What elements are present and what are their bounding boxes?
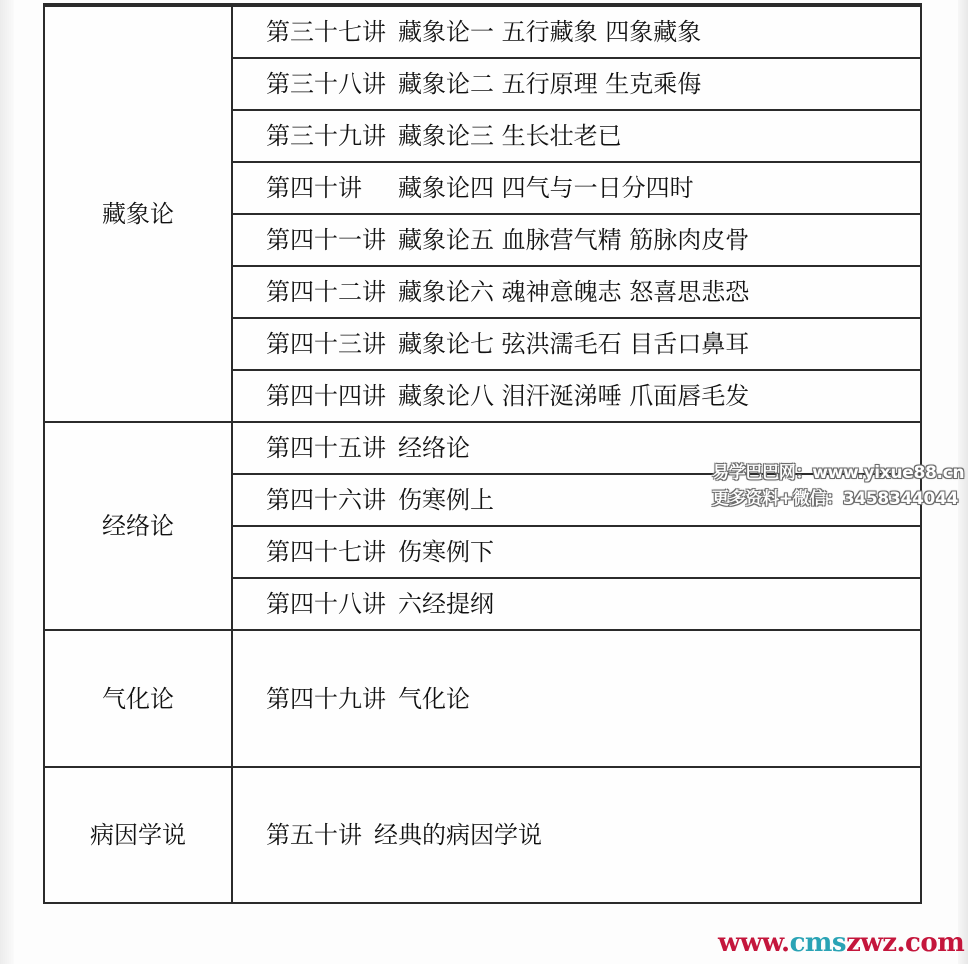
category-label: 气化论 — [102, 685, 174, 713]
lecture-number: 第四十八讲 — [266, 592, 386, 616]
category-cell-bingyin: 病因学说 — [44, 767, 232, 903]
lecture-cell: 第四十七讲伤寒例下 — [232, 526, 921, 578]
category-label: 病因学说 — [90, 821, 186, 849]
lecture-title: 藏象论八 泪汗涎涕唾 爪面唇毛发 — [398, 382, 749, 410]
lecture-cell: 第四十三讲藏象论七 弦洪濡毛石 目舌口鼻耳 — [232, 318, 921, 370]
lecture-title: 藏象论五 血脉营气精 筋脉肉皮骨 — [398, 226, 749, 254]
lecture-number: 第四十七讲 — [266, 540, 386, 564]
lecture-number: 第三十八讲 — [266, 72, 386, 96]
lecture-number: 第三十九讲 — [266, 124, 386, 148]
lecture-cell: 第四十讲藏象论四 四气与一日分四时 — [232, 162, 921, 214]
category-label: 藏象论 — [102, 200, 174, 228]
lecture-title: 伤寒例下 — [398, 538, 494, 566]
site-mark-part-2: cms — [790, 928, 846, 958]
lecture-number: 第四十五讲 — [266, 436, 386, 460]
category-label: 经络论 — [102, 512, 174, 540]
lecture-cell: 第三十八讲藏象论二 五行原理 生克乘侮 — [232, 58, 921, 110]
watermark-line-2: 更多资料+微信：3458344044 — [712, 484, 958, 509]
lecture-cell: 第三十九讲藏象论三 生长壮老已 — [232, 110, 921, 162]
lecture-title: 藏象论三 生长壮老已 — [398, 122, 622, 150]
category-cell-qihua: 气化论 — [44, 630, 232, 767]
lecture-number: 第四十四讲 — [266, 384, 386, 408]
lecture-title: 藏象论一 五行藏象 四象藏象 — [398, 18, 701, 46]
site-mark-part-1: www. — [718, 928, 790, 958]
lecture-number: 第四十六讲 — [266, 488, 386, 512]
lecture-number: 第四十二讲 — [266, 280, 386, 304]
lecture-number: 第四十一讲 — [266, 228, 386, 252]
lecture-cell: 第四十四讲藏象论八 泪汗涎涕唾 爪面唇毛发 — [232, 370, 921, 422]
site-mark-part-3: zwz.com — [846, 928, 964, 958]
lecture-number: 第四十九讲 — [266, 687, 386, 711]
category-cell-jingluo: 经络论 — [44, 422, 232, 630]
lecture-title: 藏象论四 四气与一日分四时 — [398, 174, 694, 202]
lecture-number: 第五十讲 — [266, 823, 362, 847]
lecture-number: 第四十三讲 — [266, 332, 386, 356]
lecture-title: 藏象论七 弦洪濡毛石 目舌口鼻耳 — [398, 330, 749, 358]
table-row: 病因学说 第五十讲经典的病因学说 — [44, 767, 921, 903]
lecture-title: 经络论 — [398, 434, 470, 462]
category-cell-zangxiang: 藏象论 — [44, 6, 232, 422]
lecture-title: 气化论 — [398, 685, 470, 713]
site-watermark-logo: www.cmszwz.com — [718, 928, 964, 958]
lecture-cell: 第五十讲经典的病因学说 — [232, 767, 921, 903]
lecture-title: 经典的病因学说 — [374, 821, 542, 849]
lecture-cell: 第四十一讲藏象论五 血脉营气精 筋脉肉皮骨 — [232, 214, 921, 266]
lecture-cell: 第三十七讲藏象论一 五行藏象 四象藏象 — [232, 6, 921, 58]
lecture-cell: 第四十二讲藏象论六 魂神意魄志 怒喜思悲恐 — [232, 266, 921, 318]
lecture-cell: 第四十八讲六经提纲 — [232, 578, 921, 630]
lecture-title: 六经提纲 — [398, 590, 494, 618]
lecture-number: 第四十讲 — [266, 176, 362, 200]
table-row: 藏象论 第三十七讲藏象论一 五行藏象 四象藏象 — [44, 6, 921, 58]
watermark-line-1: 易学巴巴网：www.yixue88.cn — [712, 458, 964, 483]
lecture-title: 伤寒例上 — [398, 486, 494, 514]
page-edge-left — [0, 0, 14, 964]
lecture-number: 第三十七讲 — [266, 20, 386, 44]
lecture-title: 藏象论二 五行原理 生克乘侮 — [398, 70, 701, 98]
lecture-title: 藏象论六 魂神意魄志 怒喜思悲恐 — [398, 278, 749, 306]
syllabus-table: 藏象论 第三十七讲藏象论一 五行藏象 四象藏象 第三十八讲藏象论二 五行原理 生… — [43, 3, 922, 904]
table-row: 气化论 第四十九讲气化论 — [44, 630, 921, 767]
lecture-cell: 第四十九讲气化论 — [232, 630, 921, 767]
